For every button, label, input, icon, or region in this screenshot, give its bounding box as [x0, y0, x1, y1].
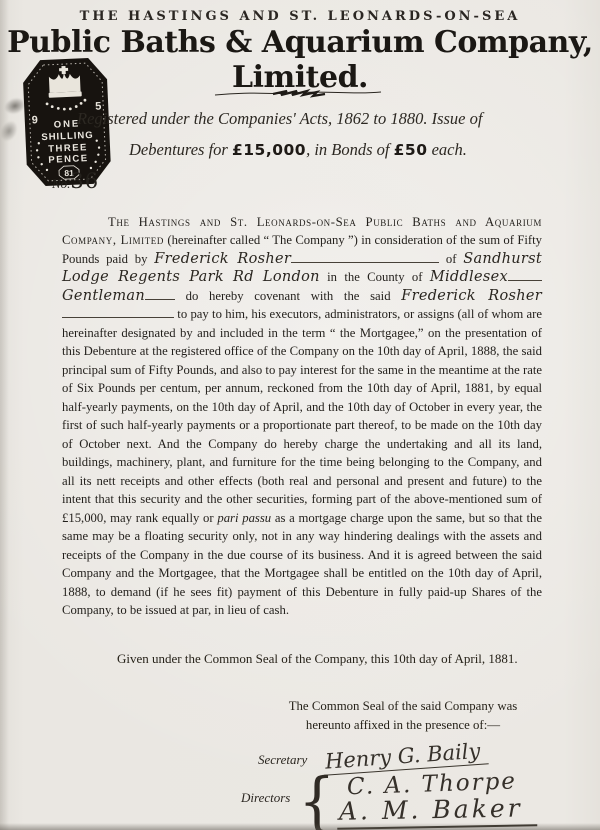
mortgagee-name-handwritten: Frederick Rosher — [401, 288, 542, 304]
registration-line2-mid: , in Bonds of — [306, 140, 394, 159]
debenture-total-amount: £15,000 — [232, 141, 306, 159]
common-seal-attestation: The Common Seal of the said Company was … — [246, 697, 560, 735]
debenture-certificate: THE HASTINGS AND ST. LEONARDS-ON-SEA Pub… — [0, 0, 600, 830]
covenant-clause: do hereby covenant with the said — [175, 289, 401, 303]
scan-edge-shading — [0, 823, 600, 830]
pari-passu-latin: pari passu — [217, 511, 271, 525]
certificate-number-label: No. — [52, 176, 70, 191]
occupation-handwritten: Gentleman — [62, 288, 145, 304]
registration-line2: Debentures for £15,000, in Bonds of £50 … — [77, 134, 545, 166]
registration-statement: Registered under the Companies' Acts, 18… — [77, 103, 545, 166]
payment-terms-clause: to pay to him, his executors, administra… — [62, 307, 542, 525]
registration-line2-pre: Debentures for — [129, 140, 232, 159]
company-location-heading: THE HASTINGS AND ST. LEONARDS-ON-SEA — [0, 9, 600, 24]
scan-edge-shading — [0, 0, 9, 830]
bond-amount: £50 — [394, 141, 428, 159]
stamp-left-numeral: 9 — [31, 114, 38, 126]
directors-brace: { — [298, 769, 335, 830]
blank-rule — [62, 306, 174, 318]
purchaser-name-handwritten: Frederick Rosher — [154, 251, 291, 267]
blank-rule — [508, 269, 542, 281]
county-connector: in the County of — [320, 270, 430, 284]
county-handwritten: Middlesex — [430, 269, 508, 285]
security-terms-clause: as a mortgage charge upon the same, but … — [62, 511, 542, 618]
covenant-paragraph: The Hastings and St. Leonards-on-Sea Pub… — [62, 213, 542, 620]
of-connector: of — [439, 252, 463, 266]
director-signatures: C. A. Thorpe A. M. Baker — [337, 771, 537, 828]
blank-rule — [145, 288, 175, 300]
directors-label: Directors — [241, 782, 290, 806]
blank-rule — [291, 251, 439, 263]
seal-clause-line1: The Common Seal of the said Company was — [246, 697, 560, 716]
seal-clause-line2: hereunto affixed in the presence of:— — [246, 716, 560, 735]
registration-line1: Registered under the Companies' Acts, 18… — [77, 103, 545, 134]
directors-signature-row: Directors { C. A. Thorpe A. M. Baker — [241, 758, 537, 830]
certificate-number: No.36 — [52, 169, 99, 193]
certificate-number-value: 36 — [70, 169, 99, 193]
registration-line2-post: each. — [427, 140, 466, 159]
execution-date-line: Given under the Common Seal of the Compa… — [117, 651, 518, 667]
